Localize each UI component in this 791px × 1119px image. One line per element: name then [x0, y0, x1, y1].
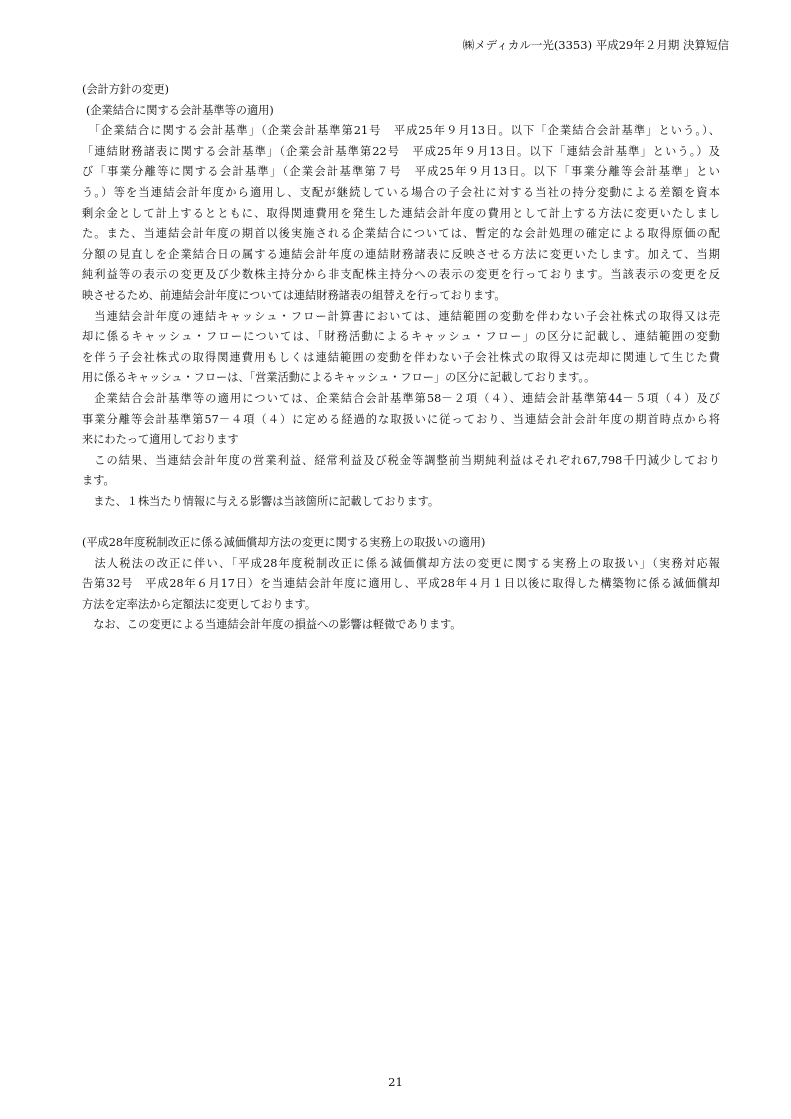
paragraph-line: 当連結会計年度の連結キャッシュ・フロー計算書においては、連結範囲の変動を伴わない… — [82, 307, 720, 328]
paragraph-line: を伴う子会社株式の取得関連費用もしくは連結範囲の変動を伴わない子会社株式の取得又… — [82, 348, 720, 369]
paragraph-line: 「連結財務諸表に関する会計基準」（企業会計基準第22号 平成25年９月13日。以… — [82, 142, 720, 163]
paragraph-line: 純利益等の表示の変更及び少数株主持分から非支配株主持分への表示の変更を行っており… — [82, 265, 720, 286]
paragraph-line: 却に係るキャッシュ・フローについては、「財務活動によるキャッシュ・フロー」の区分… — [82, 327, 720, 348]
section-subheading: (企業結合に関する会計基準等の適用) — [82, 101, 720, 122]
paragraph-line: 剰余金として計上するとともに、取得関連費用を発生した連結会計年度の費用として計上… — [82, 204, 720, 225]
paragraph-line: また、１株当たり情報に与える影響は当該箇所に記載しております。 — [82, 492, 720, 513]
document-header: ㈱メディカル一光(3353) 平成29年２月期 決算短信 — [463, 38, 729, 52]
paragraph-line: 「企業結合に関する会計基準」（企業会計基準第21号 平成25年９月13日。以下「… — [82, 121, 720, 142]
paragraph-line: 事業分離等会計基準第57－４項（４）に定める経過的な取扱いに従っており、当連結会… — [82, 410, 720, 431]
paragraph-line: 企業結合会計基準等の適用については、企業結合会計基準第58－２項（４）、連結会計… — [82, 389, 720, 410]
paragraph-line: 用に係るキャッシュ・フローは、「営業活動によるキャッシュ・フロー」の区分に記載し… — [82, 368, 720, 389]
paragraph-line: び「事業分離等に関する会計基準」（企業会計基準第７号 平成25年９月13日。以下… — [82, 162, 720, 183]
paragraph-line: 映させるため、前連結会計年度については連結財務諸表の組替えを行っております。 — [82, 286, 720, 307]
paragraph-line: う。）等を当連結会計年度から適用し、支配が継続している場合の子会社に対する当社の… — [82, 183, 720, 204]
paragraph-line: 分額の見直しを企業結合日の属する連結会計年度の連結財務諸表に反映させる方法に変更… — [82, 245, 720, 266]
paragraph-line: この結果、当連結会計年度の営業利益、経常利益及び税金等調整前当期純利益はそれぞれ… — [82, 451, 720, 472]
paragraph-line: 告第32号 平成28年６月17日）を当連結会計年度に適用し、平成28年４月１日以… — [82, 574, 720, 595]
paragraph-line: ます。 — [82, 471, 720, 492]
section-subheading: (平成28年度税制改正に係る減価償却方法の変更に関する実務上の取扱いの適用) — [82, 533, 720, 554]
paragraph-line: 方法を定率法から定額法に変更しております。 — [82, 595, 720, 616]
paragraph-line: 来にわたって適用しております — [82, 430, 720, 451]
section-spacer — [82, 512, 720, 533]
paragraph-line: なお、この変更による当連結会計年度の損益への影響は軽微であります。 — [82, 615, 720, 636]
paragraph-line: 法人税法の改正に伴い、「平成28年度税制改正に係る減価償却方法の変更に関する実務… — [82, 554, 720, 575]
paragraph-line: た。また、当連結会計年度の期首以後実施される企業結合については、暫定的な会計処理… — [82, 224, 720, 245]
document-body: (会計方針の変更) (企業結合に関する会計基準等の適用) 「企業結合に関する会計… — [82, 80, 720, 636]
page-number: 21 — [0, 1075, 791, 1089]
section-heading: (会計方針の変更) — [82, 80, 720, 101]
